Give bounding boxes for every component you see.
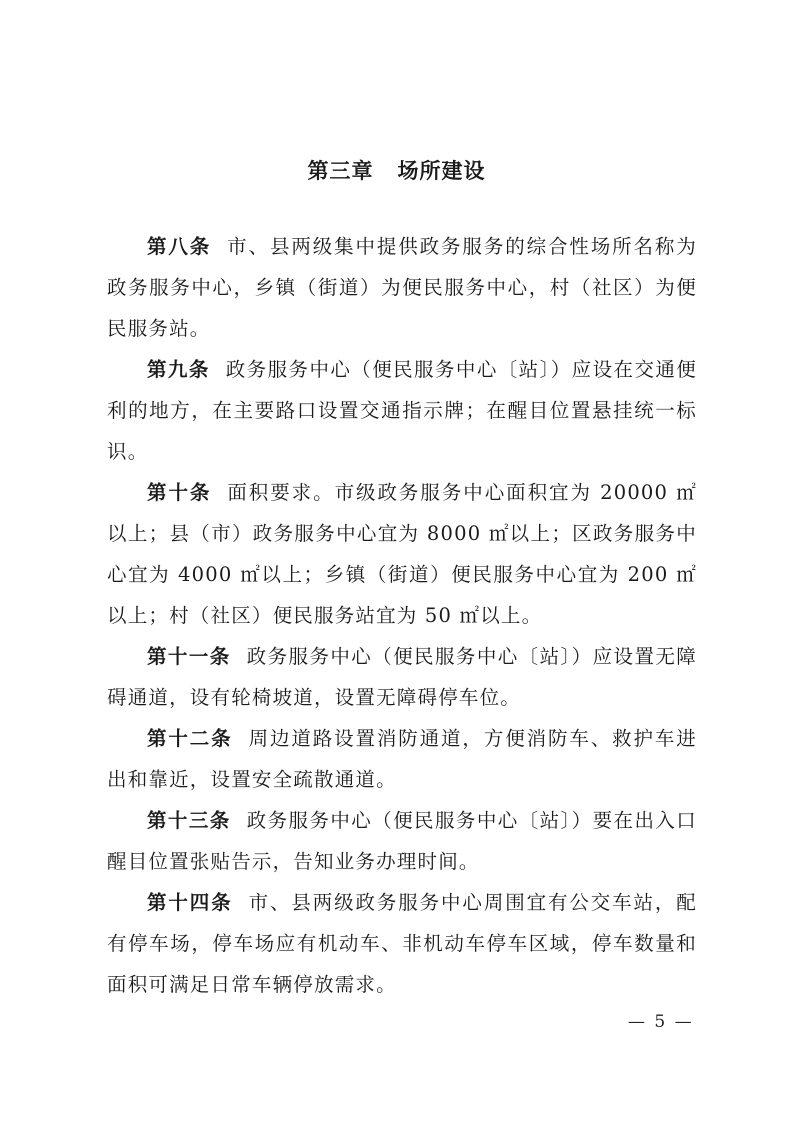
article-14: 第十四条市、县两级政务服务中心周围宜有公交车站，配有停车场，停车场应有机动车、非… [107, 882, 697, 1005]
article-10: 第十条面积要求。市级政务服务中心面积宜为 20000 ㎡以上；县（市）政务服务中… [107, 472, 697, 636]
article-number: 第十条 [147, 481, 211, 504]
page-number: — 5 — [628, 1012, 694, 1032]
article-8: 第八条市、县两级集中提供政务服务的综合性场所名称为政务服务中心，乡镇（街道）为便… [107, 226, 697, 349]
article-number: 第十四条 [147, 891, 233, 914]
article-number: 第九条 [147, 358, 210, 381]
chapter-name: 场所建设 [398, 159, 486, 183]
chapter-number: 第三章 [308, 159, 374, 183]
article-11: 第十一条政务服务中心（便民服务中心〔站〕）应设置无障碍通道，设有轮椅坡道，设置无… [107, 636, 697, 718]
document-body: 第八条市、县两级集中提供政务服务的综合性场所名称为政务服务中心，乡镇（街道）为便… [107, 226, 697, 1005]
article-9: 第九条政务服务中心（便民服务中心〔站〕）应设在交通便利的地方，在主要路口设置交通… [107, 349, 697, 472]
article-number: 第十二条 [147, 727, 233, 750]
chapter-title: 第三章场所建设 [0, 155, 793, 185]
article-number: 第十三条 [147, 809, 231, 832]
article-number: 第十一条 [147, 645, 231, 668]
article-12: 第十二条周边道路设置消防通道，方便消防车、救护车进出和靠近，设置安全疏散通道。 [107, 718, 697, 800]
article-13: 第十三条政务服务中心（便民服务中心〔站〕）要在出入口醒目位置张贴告示，告知业务办… [107, 800, 697, 882]
article-number: 第八条 [147, 235, 211, 258]
